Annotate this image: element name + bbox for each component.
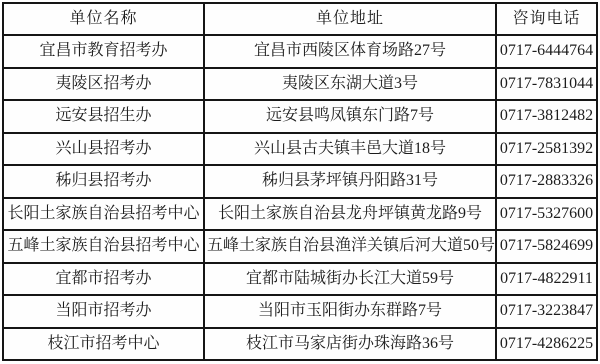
header-unit-address: 单位地址 bbox=[204, 3, 496, 35]
contact-table-container: 单位名称 单位地址 咨询电话 宜昌市教育招考办 宜昌市西陵区体育场路27号 07… bbox=[2, 2, 596, 361]
phone-cell: 0717-5824699 bbox=[496, 230, 597, 263]
unit-address-cell: 宜都市陆城街办长江大道59号 bbox=[204, 263, 496, 296]
unit-name-cell: 夷陵区招考办 bbox=[3, 68, 204, 101]
unit-name-cell: 宜都市招考办 bbox=[3, 263, 204, 296]
table-row: 五峰土家族自治县招考中心 五峰土家族自治县渔洋关镇后河大道50号 0717-58… bbox=[3, 230, 597, 263]
header-row: 单位名称 单位地址 咨询电话 bbox=[3, 3, 597, 35]
unit-name-cell: 秭归县招考办 bbox=[3, 165, 204, 198]
unit-address-cell: 枝江市马家店街办珠海路36号 bbox=[204, 328, 496, 361]
unit-name-cell: 枝江市招考中心 bbox=[3, 328, 204, 361]
admission-office-contact-table: 单位名称 单位地址 咨询电话 宜昌市教育招考办 宜昌市西陵区体育场路27号 07… bbox=[2, 2, 598, 361]
table-row: 枝江市招考中心 枝江市马家店街办珠海路36号 0717-4286225 bbox=[3, 328, 597, 361]
table-row: 兴山县招考办 兴山县古夫镇丰邑大道18号 0717-2581392 bbox=[3, 133, 597, 166]
table-row: 当阳市招考办 当阳市玉阳街办东群路7号 0717-3223847 bbox=[3, 295, 597, 328]
table-row: 远安县招生办 远安县鸣凤镇东门路7号 0717-3812482 bbox=[3, 100, 597, 133]
phone-cell: 0717-3223847 bbox=[496, 295, 597, 328]
unit-name-cell: 当阳市招考办 bbox=[3, 295, 204, 328]
phone-cell: 0717-5327600 bbox=[496, 198, 597, 231]
table-row: 宜昌市教育招考办 宜昌市西陵区体育场路27号 0717-6444764 bbox=[3, 35, 597, 68]
table-row: 秭归县招考办 秭归县茅坪镇丹阳路31号 0717-2883326 bbox=[3, 165, 597, 198]
header-phone: 咨询电话 bbox=[496, 3, 597, 35]
phone-cell: 0717-6444764 bbox=[496, 35, 597, 68]
table-row: 夷陵区招考办 夷陵区东湖大道3号 0717-7831044 bbox=[3, 68, 597, 101]
unit-address-cell: 长阳土家族自治县龙舟坪镇黄龙路9号 bbox=[204, 198, 496, 231]
unit-address-cell: 秭归县茅坪镇丹阳路31号 bbox=[204, 165, 496, 198]
unit-name-cell: 宜昌市教育招考办 bbox=[3, 35, 204, 68]
unit-name-cell: 远安县招生办 bbox=[3, 100, 204, 133]
unit-address-cell: 远安县鸣凤镇东门路7号 bbox=[204, 100, 496, 133]
phone-cell: 0717-2883326 bbox=[496, 165, 597, 198]
table-row: 宜都市招考办 宜都市陆城街办长江大道59号 0717-4822911 bbox=[3, 263, 597, 296]
phone-cell: 0717-3812482 bbox=[496, 100, 597, 133]
unit-address-cell: 五峰土家族自治县渔洋关镇后河大道50号 bbox=[204, 230, 496, 263]
unit-name-cell: 长阳土家族自治县招考中心 bbox=[3, 198, 204, 231]
unit-address-cell: 宜昌市西陵区体育场路27号 bbox=[204, 35, 496, 68]
unit-address-cell: 当阳市玉阳街办东群路7号 bbox=[204, 295, 496, 328]
table-row: 长阳土家族自治县招考中心 长阳土家族自治县龙舟坪镇黄龙路9号 0717-5327… bbox=[3, 198, 597, 231]
header-unit-name: 单位名称 bbox=[3, 3, 204, 35]
unit-address-cell: 夷陵区东湖大道3号 bbox=[204, 68, 496, 101]
phone-cell: 0717-4822911 bbox=[496, 263, 597, 296]
phone-cell: 0717-2581392 bbox=[496, 133, 597, 166]
phone-cell: 0717-4286225 bbox=[496, 328, 597, 361]
unit-name-cell: 五峰土家族自治县招考中心 bbox=[3, 230, 204, 263]
unit-address-cell: 兴山县古夫镇丰邑大道18号 bbox=[204, 133, 496, 166]
phone-cell: 0717-7831044 bbox=[496, 68, 597, 101]
unit-name-cell: 兴山县招考办 bbox=[3, 133, 204, 166]
